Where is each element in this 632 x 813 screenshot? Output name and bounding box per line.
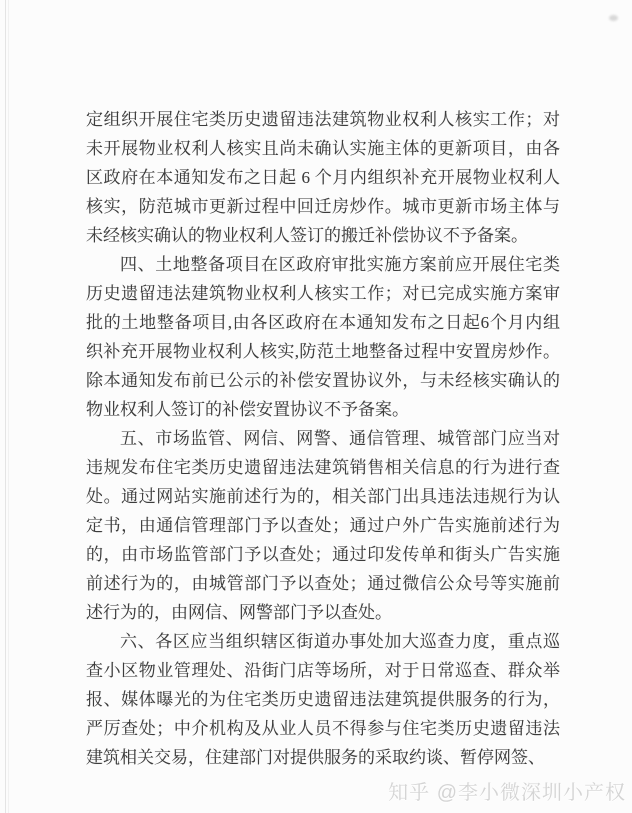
document-body: 定组织开展住宅类历史遗留违法建筑物业权利人核实工作；对 未开展物业权利人核实且尚… [86, 105, 560, 772]
text-line: 六、各区应当组织辖区街道办事处加大巡查力度，重点巡 [86, 627, 560, 656]
text-line: 批的土地整备项目,由各区政府在本通知发布之日起6个月内组 [86, 308, 560, 337]
text-line: 未经核实确认的物业权利人签订的搬迁补偿协议不予备案。 [86, 221, 560, 250]
scan-edge-line [8, 0, 9, 813]
text-line: 核实，防范城市更新过程中回迁房炒作。城市更新市场主体与 [86, 192, 560, 221]
text-line: 述行为的，由网信、网警部门予以查处。 [86, 598, 560, 627]
paragraph: 五、市场监管、网信、网警、通信管理、城管部门应当对 违规发布住宅类历史遗留违法建… [86, 424, 560, 627]
text-line: 查小区物业管理处、沿街门店等场所，对于日常巡查、群众举 [86, 656, 560, 685]
text-line: 的，由市场监管部门予以查处；通过印发传单和街头广告实施 [86, 540, 560, 569]
text-line: 除本通知发布前已公示的补偿安置协议外，与未经核实确认的 [86, 366, 560, 395]
text-line: 定书，由通信管理部门予以查处；通过户外广告实施前述行为 [86, 511, 560, 540]
paragraph: 四、土地整备项目在区政府审批实施方案前应开展住宅类 历史遗留违法建筑物业权利人核… [86, 250, 560, 424]
scan-edge-line [5, 0, 6, 813]
zhihu-watermark: 知乎 @李小微深圳小产权 [388, 776, 626, 805]
scanned-document-page: 定组织开展住宅类历史遗留违法建筑物业权利人核实工作；对 未开展物业权利人核实且尚… [0, 0, 632, 813]
text-line: 区政府在本通知发布之日起 6 个月内组织补充开展物业权利人 [86, 163, 560, 192]
text-line: 五、市场监管、网信、网警、通信管理、城管部门应当对 [86, 424, 560, 453]
text-line: 未开展物业权利人核实且尚未确认实施主体的更新项目，由各 [86, 134, 560, 163]
text-line: 建筑相关交易，住建部门对提供服务的采取约谈、暂停网签、 [86, 743, 560, 772]
text-line: 前述行为的，由城管部门予以查处；通过微信公众号等实施前 [86, 569, 560, 598]
text-line: 严厉查处；中介机构及从业人员不得参与住宅类历史遗留违法 [86, 714, 560, 743]
text-line: 违规发布住宅类历史遗留违法建筑销售相关信息的行为进行查 [86, 453, 560, 482]
paragraph: 六、各区应当组织辖区街道办事处加大巡查力度，重点巡 查小区物业管理处、沿街门店等… [86, 627, 560, 772]
text-line: 报、媒体曝光的为住宅类历史遗留违法建筑提供服务的行为， [86, 685, 560, 714]
scan-speck [609, 15, 618, 21]
text-line: 四、土地整备项目在区政府审批实施方案前应开展住宅类 [86, 250, 560, 279]
text-line: 织补充开展物业权利人核实,防范土地整备过程中安置房炒作。 [86, 337, 560, 366]
text-line: 定组织开展住宅类历史遗留违法建筑物业权利人核实工作；对 [86, 105, 560, 134]
text-line: 物业权利人签订的补偿安置协议不予备案。 [86, 395, 560, 424]
paragraph: 定组织开展住宅类历史遗留违法建筑物业权利人核实工作；对 未开展物业权利人核实且尚… [86, 105, 560, 250]
text-line: 历史遗留违法建筑物业权利人核实工作；对已完成实施方案审 [86, 279, 560, 308]
text-line: 处。通过网站实施前述行为的，相关部门出具违法违规行为认 [86, 482, 560, 511]
